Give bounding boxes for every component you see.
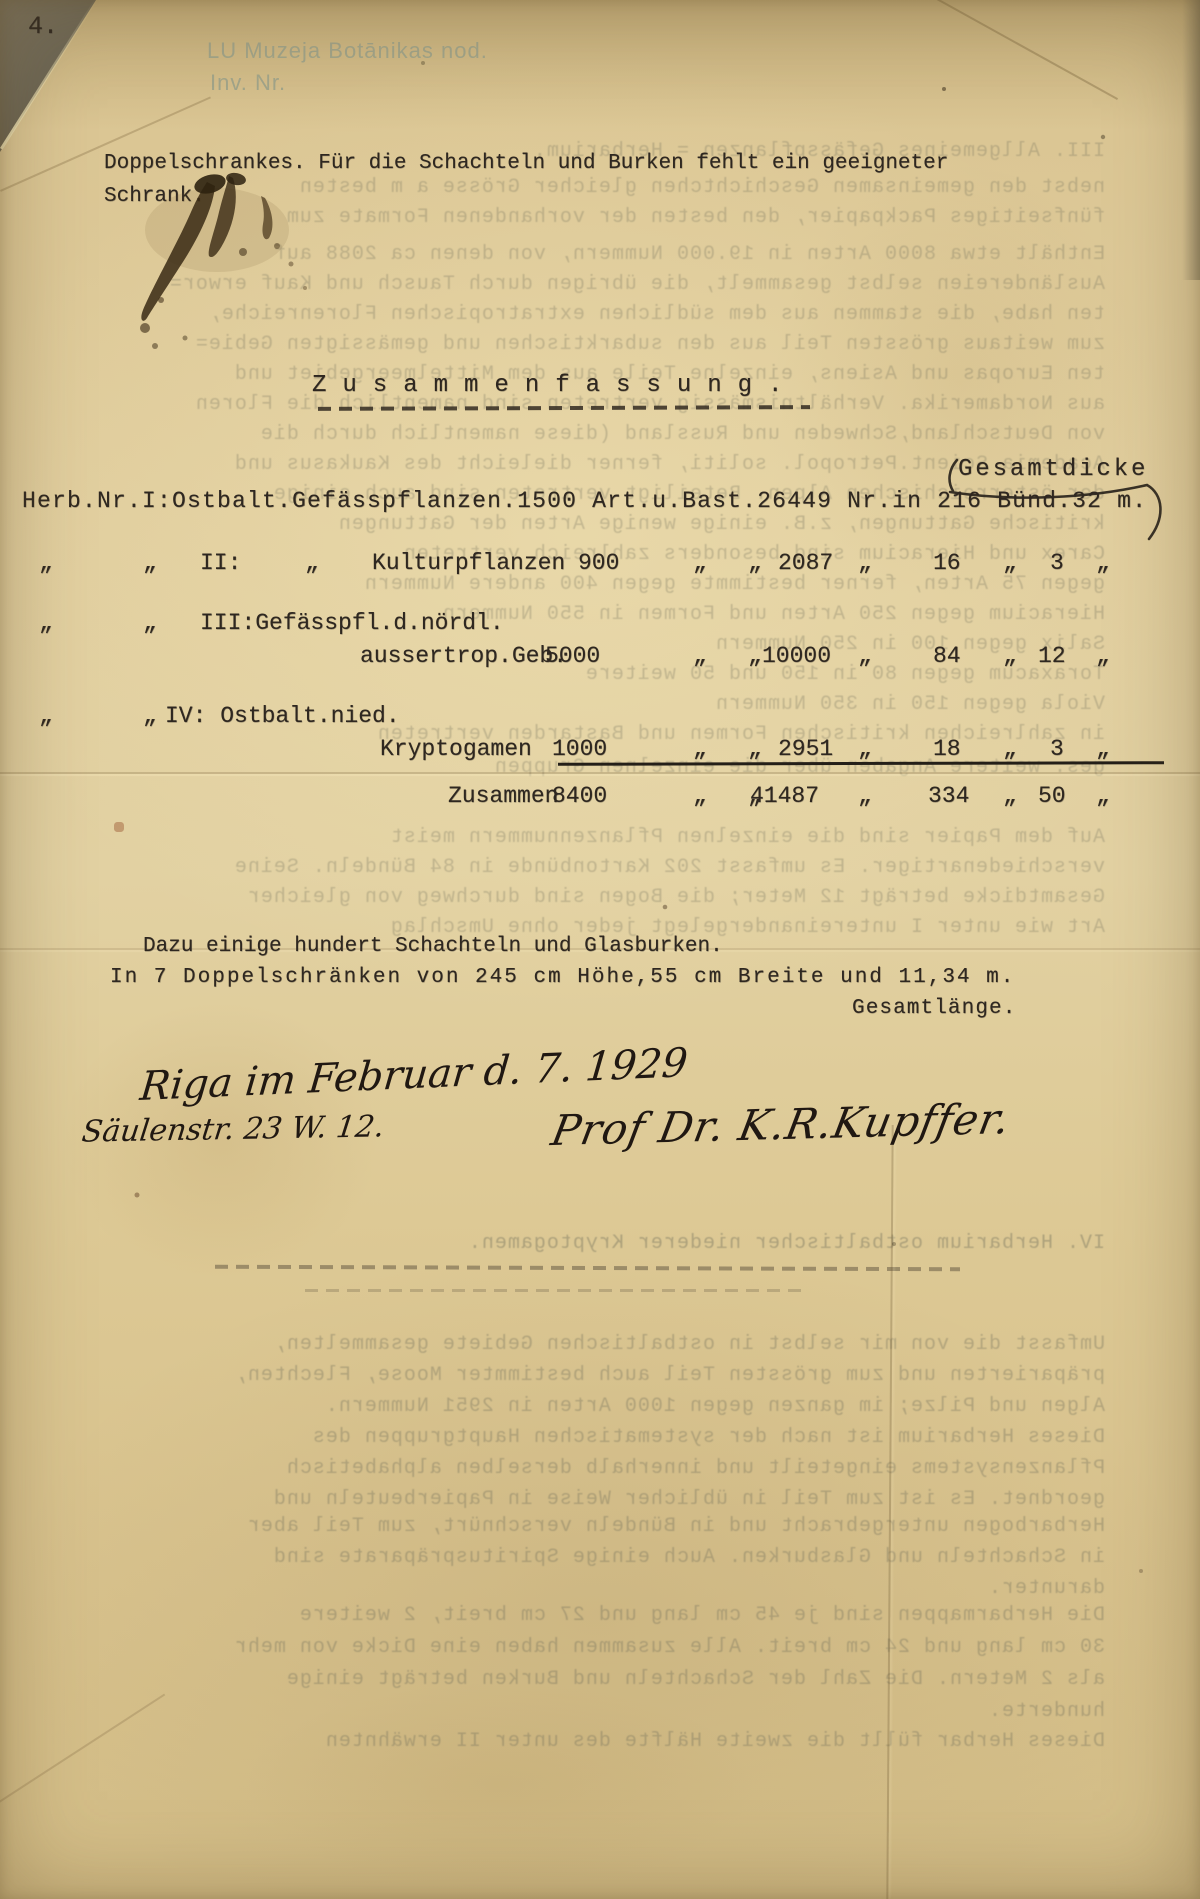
bleedthrough-line: darunter.: [70, 1577, 1105, 1600]
summary-line-2: In 7 Doppelschränken von 245 cm Höhe,55 …: [110, 966, 1015, 989]
table-cell: „: [858, 550, 872, 576]
bleedthrough-line: ten habe, die stammen aus dem südlichen …: [70, 303, 1105, 326]
table-cell: II:: [200, 550, 241, 576]
table-cell: „: [1096, 643, 1110, 669]
bleedthrough-line: Die Herbarmappen sind je 45 cm lang und …: [70, 1604, 1165, 1627]
summary-heading: Zusammenfassung.: [312, 372, 798, 399]
inventory-stamp-line1: LU Muzeja Botānikas nod.: [207, 38, 488, 64]
table-cell: 1000: [552, 736, 607, 762]
bleedthrough-line: in Schachteln und Glasburken. Auch einig…: [70, 1546, 1105, 1569]
table-cell: 5000: [545, 643, 600, 669]
table-cell: „: [143, 550, 157, 576]
table-cell: „: [39, 550, 53, 576]
table-cell: „: [748, 736, 762, 762]
table-column-header: Gesamtdicke: [958, 456, 1148, 483]
bleedthrough-dashed-rule: [305, 1289, 805, 1292]
bleedthrough-line: geordnet. Es ist zum Teil in üblicher We…: [70, 1488, 1105, 1511]
bleedthrough-line: gegen 75 Arten, ferner bestimmte gegen 4…: [70, 573, 1105, 596]
scanned-document-page: III. Allgemeines Gefässpflanzen = Herbar…: [0, 0, 1200, 1899]
table-cell: „: [748, 550, 762, 576]
bleedthrough-line: Umfasst die von mir selbst in ostbaltisc…: [70, 1333, 1165, 1356]
bleedthrough-line: von Deutschland,Schweden und Russland (d…: [70, 423, 1105, 446]
table-total-rule: [558, 761, 1164, 766]
right-edge-shadow: [1182, 0, 1200, 280]
bleedthrough-dashed-rule: [215, 1265, 960, 1272]
table-cell: aussertrop.Geb.: [360, 643, 567, 669]
table-cell: 3: [1050, 550, 1064, 576]
bleedthrough-line: Dieses Herbarium ist nach der systematis…: [70, 1426, 1105, 1449]
water-stain: [240, 1680, 760, 1890]
crease-line-horizontal: [0, 772, 1200, 774]
handwritten-address: Säulenstr. 23 W. 12.: [80, 1109, 386, 1149]
bleedthrough-line: fünfseitiges Packpapier, den besten der …: [70, 206, 1105, 229]
table-cell: „: [693, 736, 707, 762]
table-cell: 334: [928, 783, 969, 809]
bleedthrough-line: Auf dem Papier sind die einzelnen Pflanz…: [70, 826, 1165, 849]
water-stain: [770, 160, 1150, 600]
table-cell: „: [858, 783, 872, 809]
table-cell: „: [305, 550, 319, 576]
crease-line: [0, 96, 211, 191]
table-cell: „: [1096, 783, 1110, 809]
crease-line: [929, 0, 1118, 100]
table-row-i: Herb.Nr.I:Ostbalt.Gefässpflanzen.1500 Ar…: [22, 488, 1147, 514]
intro-line-1: Doppelschrankes. Für die Schachteln und …: [104, 152, 948, 175]
table-cell: „: [1096, 550, 1110, 576]
table-cell: 2087: [778, 550, 833, 576]
table-cell: 41487: [750, 783, 819, 809]
bleedthrough-line: Enthält etwa 8000 Arten in 19.000 Nummer…: [70, 243, 1165, 266]
table-cell: Kulturpflanzen: [372, 550, 565, 576]
table-cell: „: [1096, 736, 1110, 762]
edge-darkening: [0, 0, 1200, 130]
table-cell: 3: [1050, 736, 1064, 762]
table-cell: „: [143, 610, 157, 636]
handwritten-signature: Prof Dr. K.R.Kupffer.: [548, 1094, 1015, 1155]
heading-underline: [318, 405, 810, 411]
bleedthrough-line: zum weitaus grössten Teil aus den subark…: [70, 333, 1105, 356]
table-cell: III:Gefässpfl.d.nördl.: [200, 610, 504, 636]
table-cell: 50: [1038, 783, 1066, 809]
bleedthrough-line: Salix gegen 100 in 250 Nummern: [70, 633, 1145, 656]
table-cell: „: [858, 736, 872, 762]
bleedthrough-line: Ausländereien selbst gesammelt, die übri…: [70, 273, 1105, 296]
table-cell: „: [693, 643, 707, 669]
bleedthrough-line: nebst den gemeinsamen Geschichtchen glei…: [70, 176, 1105, 199]
table-cell: „: [1003, 783, 1017, 809]
summary-line-3: Gesamtlänge.: [852, 997, 1016, 1020]
bleedthrough-line: Pflanzensystems eingeteilt und innerhalb…: [70, 1457, 1105, 1480]
intro-line-2: Schrank.: [104, 185, 205, 208]
bleedthrough-line: als 2 Metern. Die Zahl der Schachteln un…: [70, 1668, 1105, 1691]
bleedthrough-line: Algen und Pilze; im ganzen gegen 1000 Ar…: [70, 1395, 1105, 1418]
table-cell: „: [1003, 736, 1017, 762]
bleedthrough-line: präparierten und zum grössten Teil auch …: [70, 1364, 1105, 1387]
crease-line: [0, 1694, 165, 1810]
bleedthrough-heading: IV. Herbarium ostbaltischer niederer Kry…: [70, 1232, 1200, 1255]
table-cell: 10000: [762, 643, 831, 669]
bleedthrough-line: Gesamtdicke beträgt 12 Meter; die Bogen …: [70, 886, 1105, 909]
bleedthrough-line: hunderte.: [70, 1700, 1105, 1723]
table-cell: „: [693, 550, 707, 576]
bleedthrough-line: kritische Gattungen, z.B. einige wenige …: [70, 513, 1105, 536]
table-cell: 16: [933, 550, 961, 576]
table-cell: 8400: [552, 783, 607, 809]
table-cell: 12: [1038, 643, 1066, 669]
table-cell: IV: Ostbalt.nied.: [165, 703, 400, 729]
bleedthrough-line: Academia Scient.Petropol. soliti, ferner…: [70, 453, 1105, 476]
table-cell: „: [1003, 643, 1017, 669]
fold-line-vertical: [886, 1125, 893, 1899]
summary-line-1: Dazu einige hundert Schachteln und Glasb…: [143, 935, 723, 958]
bleedthrough-line: Dieses Herbar füllt die zweite Hälfte de…: [70, 1730, 1165, 1753]
table-cell: „: [39, 610, 53, 636]
table-cell: Kryptogamen: [380, 736, 532, 762]
table-cell: 18: [933, 736, 961, 762]
table-cell: „: [143, 703, 157, 729]
table-cell: „: [39, 703, 53, 729]
bleedthrough-line: verschiedenartiger. Es umfasst 202 Karto…: [70, 856, 1105, 879]
table-cell: 2951: [778, 736, 833, 762]
inventory-stamp-line2: Inv. Nr.: [210, 70, 286, 96]
table-cell: „: [1003, 550, 1017, 576]
bleedthrough-line: Toraxacum gegen 80 in 150 und 50 weitere: [70, 663, 1145, 686]
table-cell: Zusammen: [448, 783, 558, 809]
table-cell: „: [748, 643, 762, 669]
page-number: 4.: [28, 12, 58, 41]
bleedthrough-line: Herbarbogen untergebracht und in Bündeln…: [70, 1515, 1105, 1538]
table-cell: 900: [578, 550, 619, 576]
bleedthrough-line: 30 cm lang und 24 cm breit. Alle zusamme…: [70, 1636, 1105, 1659]
table-cell: „: [693, 783, 707, 809]
table-cell: „: [858, 643, 872, 669]
paper-specks: [0, 0, 2, 2]
table-cell: 84: [933, 643, 961, 669]
handwritten-date: Riga im Februar d. 7. 1929: [138, 1040, 690, 1110]
